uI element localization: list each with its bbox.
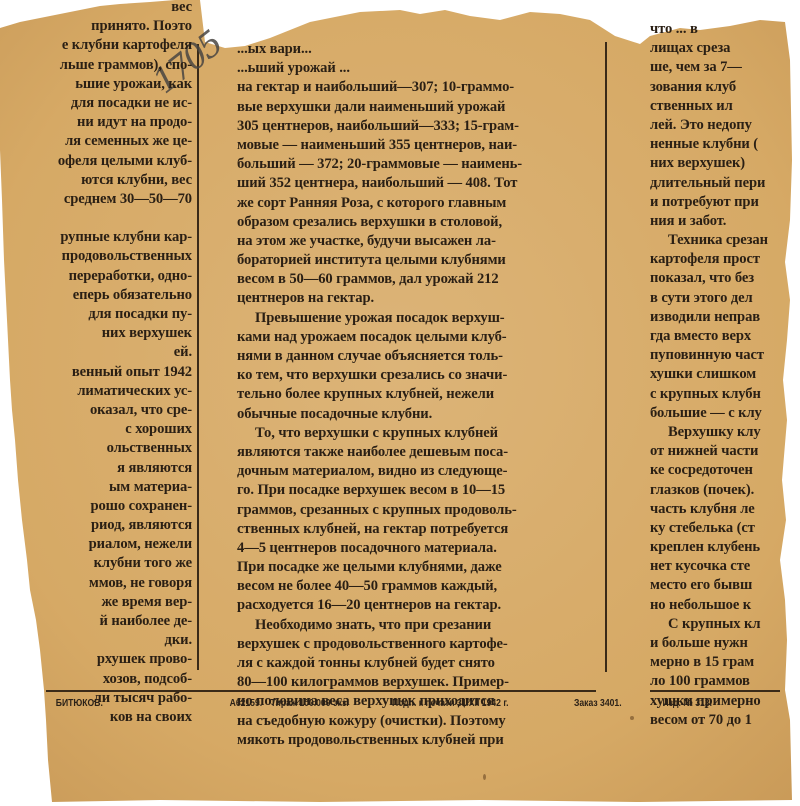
- text-line: и потребуют при: [650, 193, 800, 212]
- text-line: При посадке же целыми клубнями, даже: [237, 558, 592, 577]
- text-line: оказал, что сре-: [0, 401, 192, 420]
- text-line: весом в 50—60 граммов, дал урожай 212: [237, 270, 592, 289]
- text-line: пуповинную част: [650, 346, 800, 365]
- text-line: венный опыт 1942: [0, 363, 192, 382]
- text-line: на съедобную кожуру (очистки). Поэтому: [237, 712, 592, 731]
- text-line: ственных клубней, на гектар потребуется: [237, 520, 592, 539]
- text-line: что ... в: [650, 20, 800, 39]
- text-line: часть клубня ле: [650, 500, 800, 519]
- text-line: весом не более 40—50 граммов каждый,: [237, 577, 592, 596]
- text-line: с хороших: [0, 420, 192, 439]
- text-line: хушки слишком: [650, 365, 800, 384]
- text-line: Превышение урожая посадок верхуш-: [237, 309, 592, 328]
- newspaper-clipping: 1705 веспринято. Поэтое клубни картофеля…: [0, 0, 800, 806]
- text-line: 305 центнеров, наибольший—333; 15-грам-: [237, 117, 592, 136]
- text-line: ками над урожаем посадок целыми клуб-: [237, 328, 592, 347]
- text-line: дочным материалом, видно из следующе-: [237, 462, 592, 481]
- text-line: место его бывш: [650, 576, 800, 595]
- text-line: но небольшое к: [650, 596, 800, 615]
- text-line: Необходимо знать, что при срезании: [237, 616, 592, 635]
- text-line: лищах среза: [650, 39, 800, 58]
- text-line: ей.: [0, 343, 192, 362]
- text-line: картофеля прост: [650, 250, 800, 269]
- text-line: переработки, одно-: [0, 267, 192, 286]
- text-line: офеля целыми клуб-: [0, 152, 192, 171]
- text-line: образом срезались верхушки в столовой,: [237, 213, 592, 232]
- text-line: ым материа-: [0, 478, 192, 497]
- text-line: ния и забот.: [650, 212, 800, 231]
- text-line: льше граммов), спо-: [0, 56, 192, 75]
- text-line: нями в данном случае объясняется толь-: [237, 347, 592, 366]
- imprint-line: БИТЮКОВ. А62159. Тираж 100.000 экз. Подп…: [0, 694, 656, 714]
- text-line: больший — 372; 20-граммовые — наимень-: [237, 155, 592, 174]
- stain: [483, 774, 486, 780]
- text-line: мовые — наименьший 355 центнеров, наи-: [237, 136, 592, 155]
- text-line: ко тем, что верхушки срезались со значи-: [237, 366, 592, 385]
- imprint-rule-right: [650, 690, 780, 692]
- text-line: среднем 30—50—70: [0, 190, 192, 209]
- text-line: показал, что без: [650, 269, 800, 288]
- text-line: ольственных: [0, 439, 192, 458]
- column-rule-left: [197, 44, 199, 670]
- text-line: же сорт Ранняя Роза, с которого главным: [237, 194, 592, 213]
- text-line: рошо сохранен-: [0, 497, 192, 516]
- text-line: принято. Поэто: [0, 17, 192, 36]
- text-line: в сути этого дел: [650, 289, 800, 308]
- text-line: риалом, нежели: [0, 535, 192, 554]
- text-line: мякоть продовольственных клубней при: [237, 731, 592, 750]
- text-line: Техника срезан: [650, 231, 800, 250]
- text-line: них верхушек: [0, 324, 192, 343]
- text-line: С крупных кл: [650, 615, 800, 634]
- text-line: рупные клубни кар-: [0, 228, 192, 247]
- text-line: 4—5 центнеров посадочного материала.: [237, 539, 592, 558]
- imprint-rule: [46, 690, 596, 692]
- text-line: ни идут на продо-: [0, 113, 192, 132]
- text-line: изводили неправ: [650, 308, 800, 327]
- column-rule-right: [605, 42, 607, 672]
- text-line: и больше нужн: [650, 634, 800, 653]
- text-line: клубни того же: [0, 554, 192, 573]
- text-column-right: что ... влищах срезаше, чем за 7—зования…: [650, 20, 800, 730]
- text-line: продовольственных: [0, 247, 192, 266]
- text-line: ше, чем за 7—: [650, 58, 800, 77]
- text-line: Верхушку клу: [650, 423, 800, 442]
- text-line: граммов, срезанных с крупных продоволь-: [237, 501, 592, 520]
- text-line: нет кусочка сте: [650, 557, 800, 576]
- text-line: ля семенных же це-: [0, 132, 192, 151]
- text-line: еперь обязательно: [0, 286, 192, 305]
- text-column-left: веспринято. Поэтое клубни картофеляльше …: [0, 0, 192, 727]
- text-line: То, что верхушки с крупных клубней: [237, 424, 592, 443]
- text-line: ке сосредоточен: [650, 461, 800, 480]
- text-line: креплен клубень: [650, 538, 800, 557]
- text-line: для посадки не ис-: [0, 94, 192, 113]
- text-line: них верхушек): [650, 154, 800, 173]
- text-line: ственных ил: [650, 97, 800, 116]
- text-line: вес: [0, 0, 192, 17]
- text-line: ку стебелька (ст: [650, 519, 800, 538]
- stain: [630, 716, 634, 720]
- text-line: большие — с клу: [650, 404, 800, 423]
- text-line: бораторией института целыми клубнями: [237, 251, 592, 270]
- text-line: ...ых вари...: [237, 40, 592, 59]
- text-line: с крупных клубн: [650, 385, 800, 404]
- text-line: лиматических ус-: [0, 382, 192, 401]
- text-line: лей. Это недопу: [650, 116, 800, 135]
- text-line: весом от 70 до 1: [650, 711, 800, 730]
- text-line: ьшие урожаи, как: [0, 75, 192, 94]
- text-line: я являются: [0, 459, 192, 478]
- text-line: являются также наиболее дешевым поса-: [237, 443, 592, 462]
- text-line: центнеров на гектар.: [237, 289, 592, 308]
- text-line: на этом же участке, будучи высажен ла-: [237, 232, 592, 251]
- text-line: ший 352 центнера, наибольший — 408. Тот: [237, 174, 592, 193]
- imprint-publication: Изд. № 313.: [663, 697, 712, 709]
- text-line: глазков (почек).: [650, 481, 800, 500]
- imprint-code: А62159.: [230, 697, 263, 709]
- text-line: й наиболее де-: [0, 612, 192, 631]
- text-line: гда вместо верх: [650, 327, 800, 346]
- text-line: риод, являются: [0, 516, 192, 535]
- text-line: мерно в 15 грам: [650, 653, 800, 672]
- text-line: е клубни картофеля: [0, 36, 192, 55]
- text-line: для посадки пу-: [0, 305, 192, 324]
- text-line: длительный пери: [650, 174, 800, 193]
- text-line: верхушек с продовольственного картофе-: [237, 635, 592, 654]
- text-line: же время вер-: [0, 593, 192, 612]
- text-line: ло 100 граммов: [650, 672, 800, 691]
- text-line: тельно более крупных клубней, нежели: [237, 385, 592, 404]
- text-line: ля с каждой тонны клубней будет снято: [237, 654, 592, 673]
- text-line: вые верхушки дали наименьший урожай: [237, 98, 592, 117]
- text-line: го. При посадке верхушек весом в 10—15: [237, 481, 592, 500]
- text-line: рхушек прово-: [0, 650, 192, 669]
- text-line: ются клубни, вес: [0, 171, 192, 190]
- imprint-signed: Подп. к печати 31/XII 1942 г.: [392, 697, 509, 709]
- text-line: дки.: [0, 631, 192, 650]
- imprint-circulation: Тираж 100.000 экз.: [271, 697, 349, 709]
- text-line: обычные посадочные клубни.: [237, 405, 592, 424]
- text-line: от нижней части: [650, 442, 800, 461]
- text-line: зования клуб: [650, 78, 800, 97]
- imprint-order: Заказ 3401.: [574, 697, 622, 709]
- text-column-middle: ...ых вари......ьший урожай ...на гектар…: [237, 40, 592, 750]
- text-line: на гектар и наибольший—307; 10-граммо-: [237, 78, 592, 97]
- text-line: расходуется 16—20 центнеров на гектар.: [237, 596, 592, 615]
- text-line: [0, 209, 192, 228]
- text-line: хозов, подсоб-: [0, 670, 192, 689]
- text-line: ...ьший урожай ...: [237, 59, 592, 78]
- text-line: ненные клубни (: [650, 135, 800, 154]
- imprint-editor: БИТЮКОВ.: [56, 697, 103, 709]
- text-line: ммов, не говоря: [0, 574, 192, 593]
